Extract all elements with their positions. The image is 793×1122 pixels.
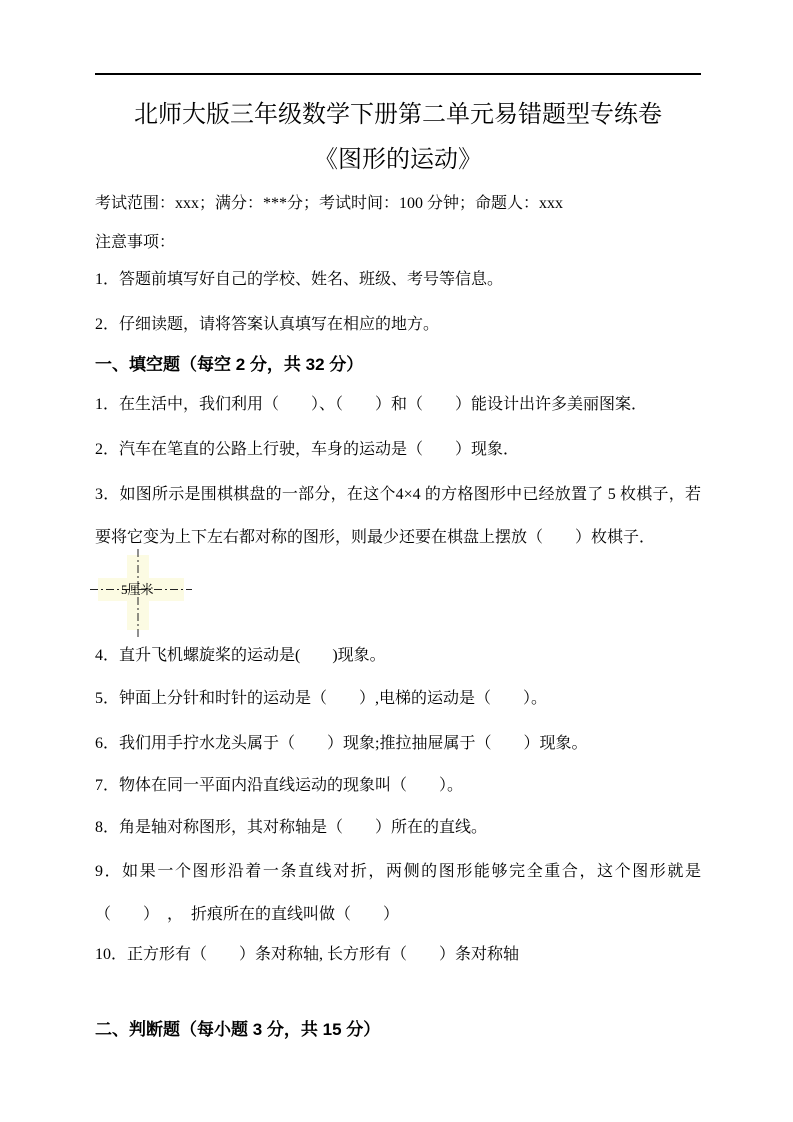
doc-title-line1: 北师大版三年级数学下册第二单元易错题型专练卷: [95, 100, 701, 130]
document-page: 北师大版三年级数学下册第二单元易错题型专练卷 《图形的运动》 考试范围：xxx；…: [0, 0, 793, 1122]
header-rule: [95, 73, 701, 75]
question-3-line1: 3．如图所示是围棋棋盘的一部分，在这个4×4 的方格图形中已经放置了 5 枚棋子…: [95, 485, 701, 505]
question-9-line1: 9．如果一个图形沿着一条直线对折，两侧的图形能够完全重合，这个图形就是: [95, 862, 701, 882]
cross-road-figure: 5厘米: [88, 547, 194, 639]
note-item-2: 2．仔细读题，请将答案认真填写在相应的地方。: [95, 315, 701, 335]
question-10: 10．正方形有（ ）条对称轴, 长方形有（ ）条对称轴: [95, 945, 701, 965]
doc-title-line2: 《图形的运动》: [95, 145, 701, 175]
figure-dimension-label: 5厘米: [121, 582, 154, 597]
question-3-line2: 要将它变为上下左右都对称的图形，则最少还要在棋盘上摆放（ ）枚棋子．: [95, 528, 701, 548]
note-item-1: 1．答题前填写好自己的学校、姓名、班级、考号等信息。: [95, 270, 701, 290]
question-2: 2．汽车在笔直的公路上行驶，车身的运动是（ ）现象．: [95, 440, 701, 460]
question-4: 4．直升飞机螺旋桨的运动是( )现象。: [95, 646, 701, 666]
notes-heading: 注意事项：: [95, 233, 701, 253]
section2-heading: 二、判断题（每小题 3 分，共 15 分）: [95, 1020, 701, 1040]
question-9-line2: （ ） ， 折痕所在的直线叫做（ ）: [95, 905, 701, 925]
question-5: 5．钟面上分针和时针的运动是（ ）,电梯的运动是（ ）。: [95, 689, 701, 709]
question-8: 8．角是轴对称图形，其对称轴是（ ）所在的直线。: [95, 818, 701, 838]
exam-info-line: 考试范围：xxx；满分：***分；考试时间：100 分钟；命题人：xxx: [95, 194, 701, 214]
question-7: 7．物体在同一平面内沿直线运动的现象叫（ ）。: [95, 776, 701, 796]
question-6: 6．我们用手拧水龙头属于（ ）现象;推拉抽屉属于（ ）现象。: [95, 734, 701, 754]
question-1: 1．在生活中，我们利用（ ）、（ ）和（ ）能设计出许多美丽图案．: [95, 395, 701, 415]
section1-heading: 一、填空题（每空 2 分，共 32 分）: [95, 355, 701, 375]
